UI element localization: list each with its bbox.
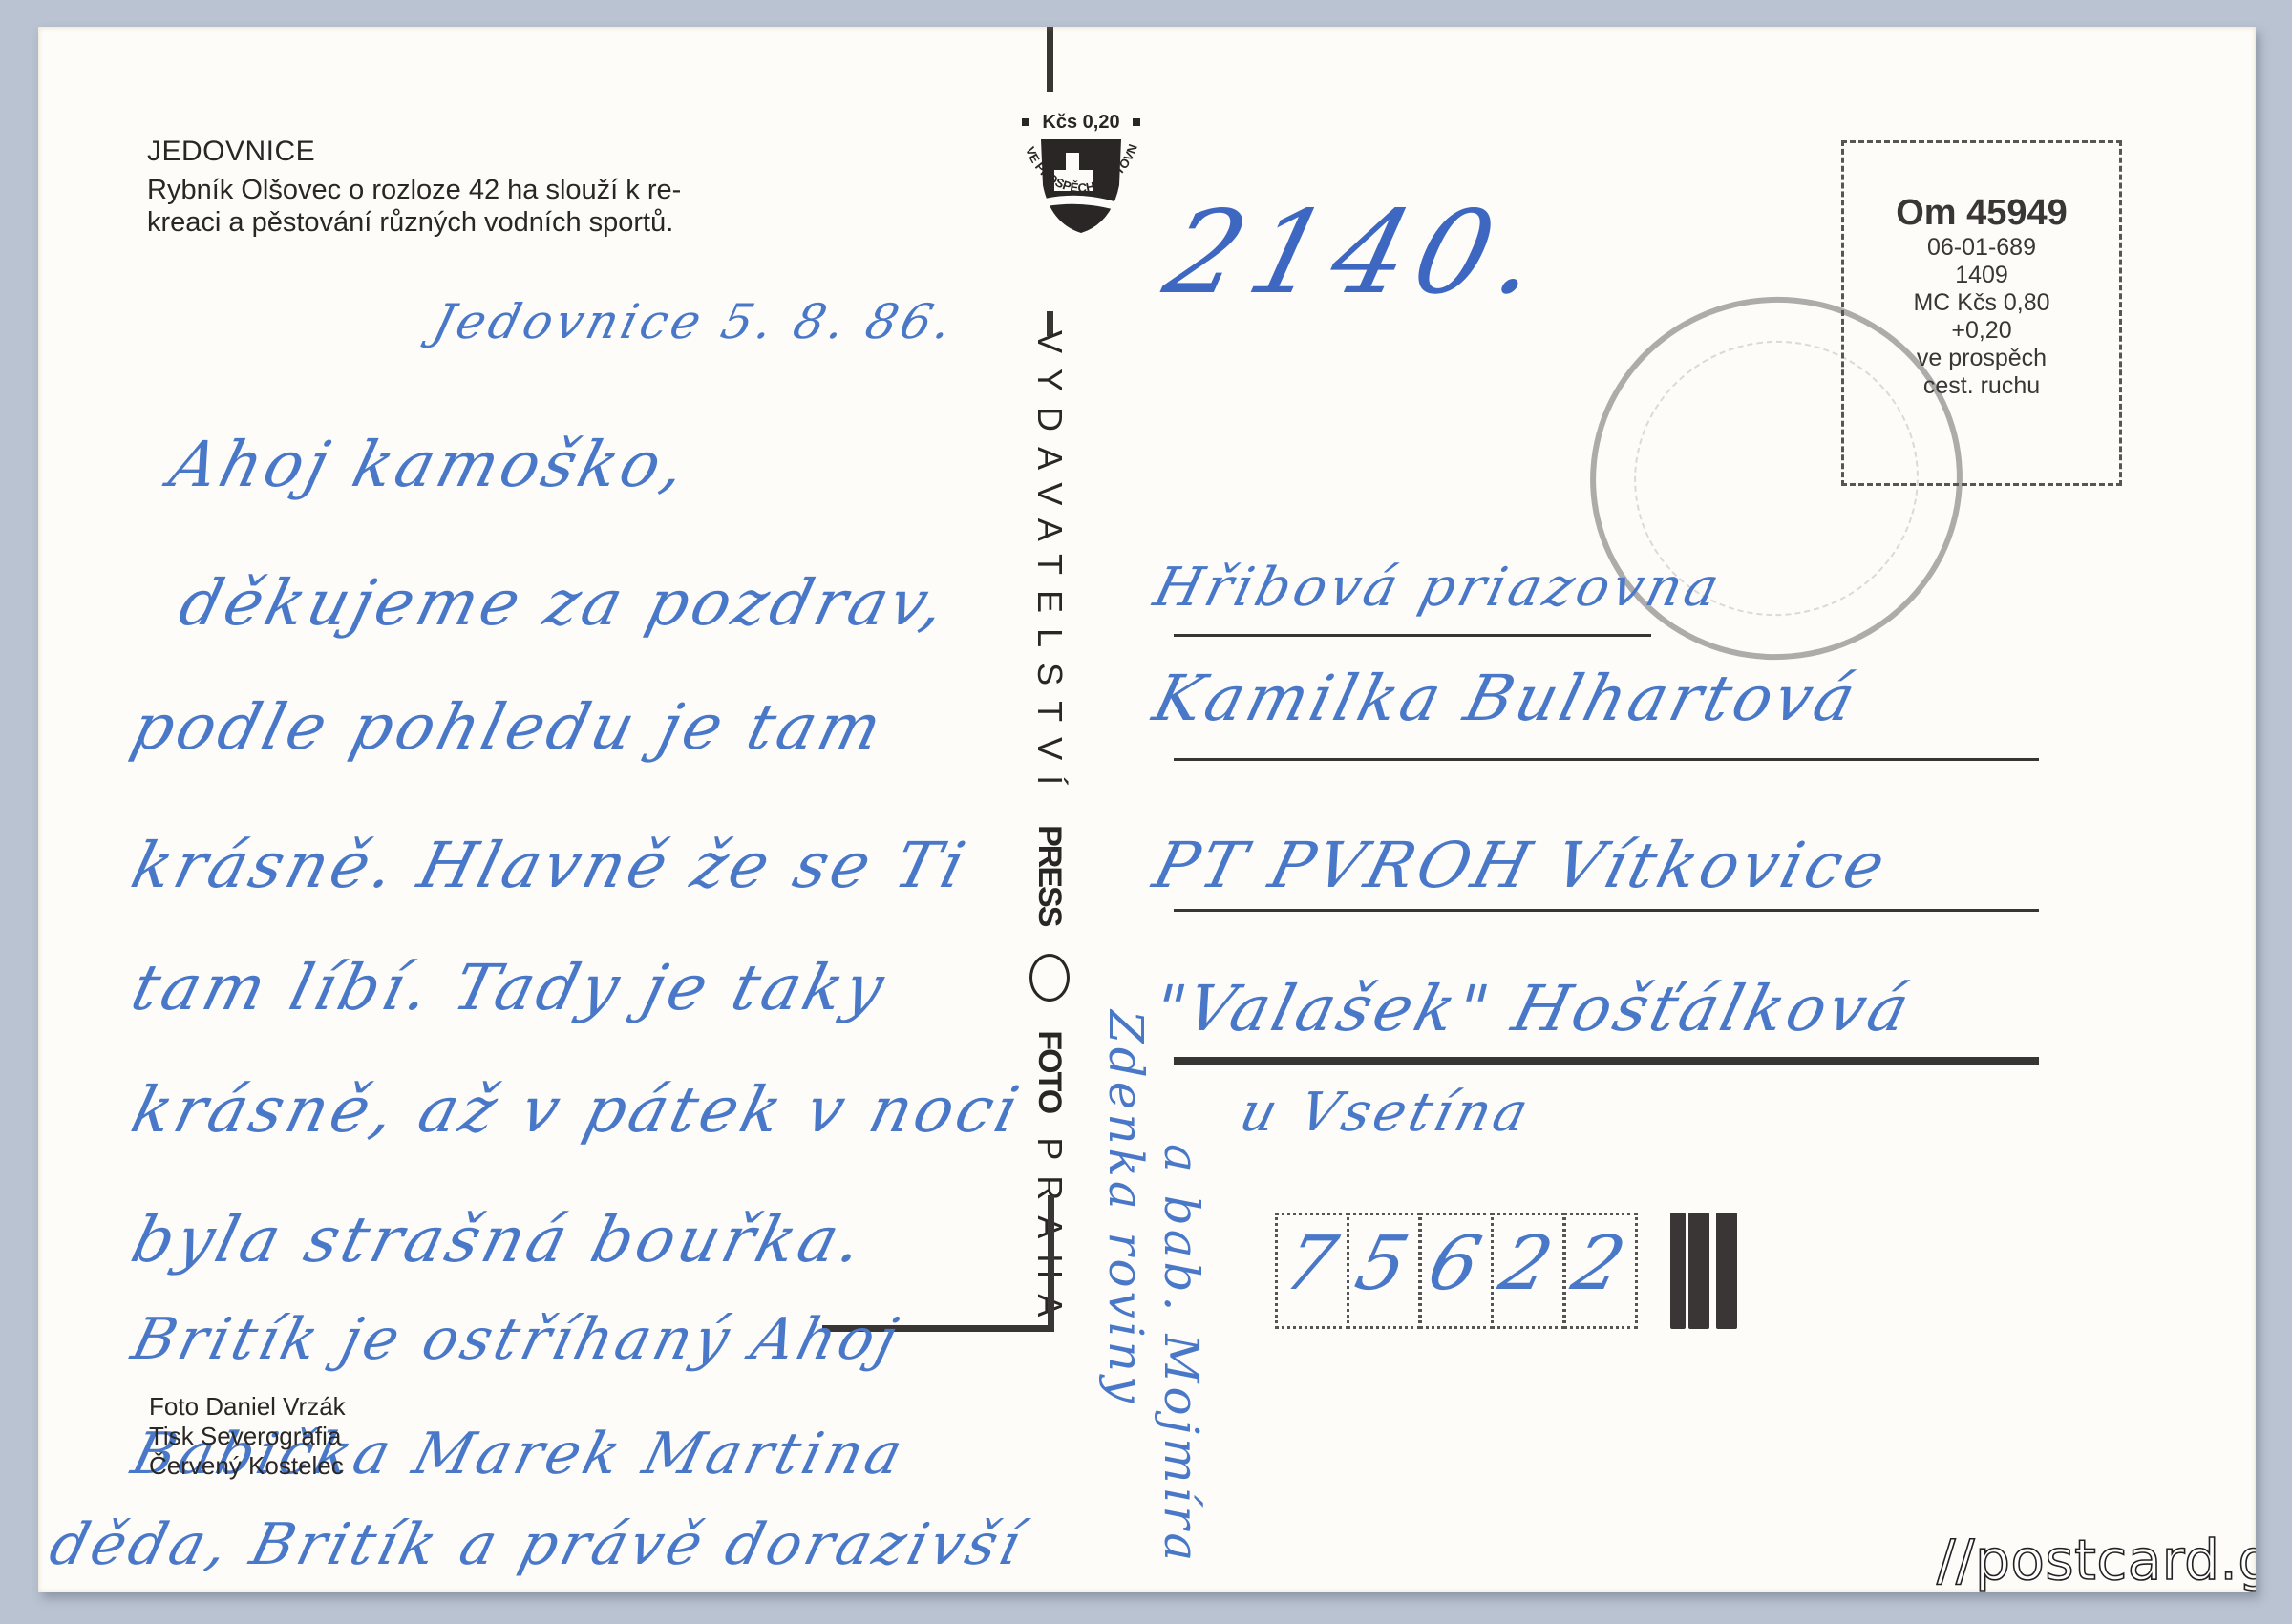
stamp-line: ve prospěch <box>1844 345 2119 372</box>
postal-digit: 2 <box>1556 1221 1645 1307</box>
svg-text:Kčs 0,20: Kčs 0,20 <box>1042 112 1119 133</box>
stamp-line: 1409 <box>1844 262 2119 289</box>
stamp-code: Om 45949 <box>1844 193 2119 234</box>
postal-code-box: 6 <box>1419 1213 1494 1329</box>
castle-emblem-icon: Kčs 0,20 VE PROSPĚCH CESTOVNÍHO RUCHU <box>1005 111 1157 264</box>
message-line: Ahoj kamoško, <box>162 428 696 501</box>
address-underline <box>1174 634 1651 637</box>
address-line: Hřibová priazovna <box>1148 557 1729 619</box>
address-line: PT PVROH Vítkovice <box>1146 829 1895 902</box>
message-line: děda, Britík a právě dorazivší <box>43 1511 1030 1578</box>
photo-credits: Foto Daniel Vrzák Tisk Severografia Červ… <box>149 1392 346 1481</box>
publisher-brand-foto: FOTO <box>1031 1030 1068 1112</box>
publisher-prefix: VYDAVATELSTVÍ <box>1030 330 1070 800</box>
postal-bar-mark <box>1688 1213 1709 1329</box>
address-line: "Valašek" Hošťálková <box>1146 972 1920 1045</box>
address-underline <box>1174 758 2039 761</box>
postal-bar-mark <box>1716 1213 1737 1329</box>
credit-line: Červený Kostelec <box>149 1451 346 1481</box>
postal-code-box: 5 <box>1347 1213 1421 1329</box>
postage-paid-box: Om 45949 06-01-689 1409 MC Kčs 0,80 +0,2… <box>1841 140 2122 486</box>
credit-line: Tisk Severografia <box>149 1422 346 1451</box>
message-line: podle pohledu je tam <box>124 690 892 764</box>
stamp-line: 06-01-689 <box>1844 234 2119 262</box>
ctk-globe-icon <box>1029 954 1070 1002</box>
message-line: děkujeme za pozdrav, <box>172 566 956 640</box>
caption-line: Rybník Olšovec o rozloze 42 ha slouží k … <box>147 174 681 206</box>
address-line: Kamilka Bulhartová <box>1146 662 1865 735</box>
handwritten-number: 2140. <box>1154 187 1562 320</box>
credit-line: Foto Daniel Vrzák <box>149 1392 346 1422</box>
postal-code-box: 2 <box>1491 1213 1565 1329</box>
address-underline <box>1174 909 2039 912</box>
message-line: krásně. Hlavně že se Ti <box>124 829 975 902</box>
divider-line <box>1047 27 1053 92</box>
caption-title: JEDOVNICE <box>147 136 315 168</box>
message-line: Britík je ostříhaný Ahoj <box>125 1306 907 1373</box>
handwritten-place-date: Jedovnice 5. 8. 86. <box>428 294 962 349</box>
publisher-brand: PRESS <box>1031 825 1068 925</box>
postcard-back: JEDOVNICE Rybník Olšovec o rozloze 42 ha… <box>38 27 2256 1592</box>
divider-line <box>1048 1195 1054 1331</box>
tourism-emblem: Kčs 0,20 VE PROSPĚCH CESTOVNÍHO RUCHU <box>1005 111 1157 264</box>
address-underline <box>1174 1057 2039 1065</box>
stamp-line: MC Kčs 0,80 <box>1844 289 2119 317</box>
message-line: tam líbí. Tady je taky <box>124 951 895 1024</box>
stamp-line: cest. ruchu <box>1844 372 2119 400</box>
message-line: krásně, až v pátek v noci <box>124 1073 1029 1147</box>
address-line: u Vsetína <box>1234 1082 1538 1144</box>
caption-line: kreaci a pěstování různých vodních sport… <box>147 206 673 239</box>
side-note: Zdenka roviny <box>1098 1010 1154 1406</box>
publisher-imprint: VYDAVATELSTVÍ PRESS FOTO PRAHA <box>1031 330 1070 1332</box>
stamp-line: +0,20 <box>1844 317 2119 345</box>
watermark-logo: //postcard.gallery <box>1937 1528 2256 1592</box>
postal-code-box: 7 <box>1275 1213 1349 1329</box>
postal-code-box: 2 <box>1563 1213 1638 1329</box>
side-note: a bab. Mojmíra <box>1154 1144 1209 1565</box>
message-line: byla strašná bouřka. <box>124 1203 874 1276</box>
postal-bar-mark <box>1670 1213 1686 1329</box>
